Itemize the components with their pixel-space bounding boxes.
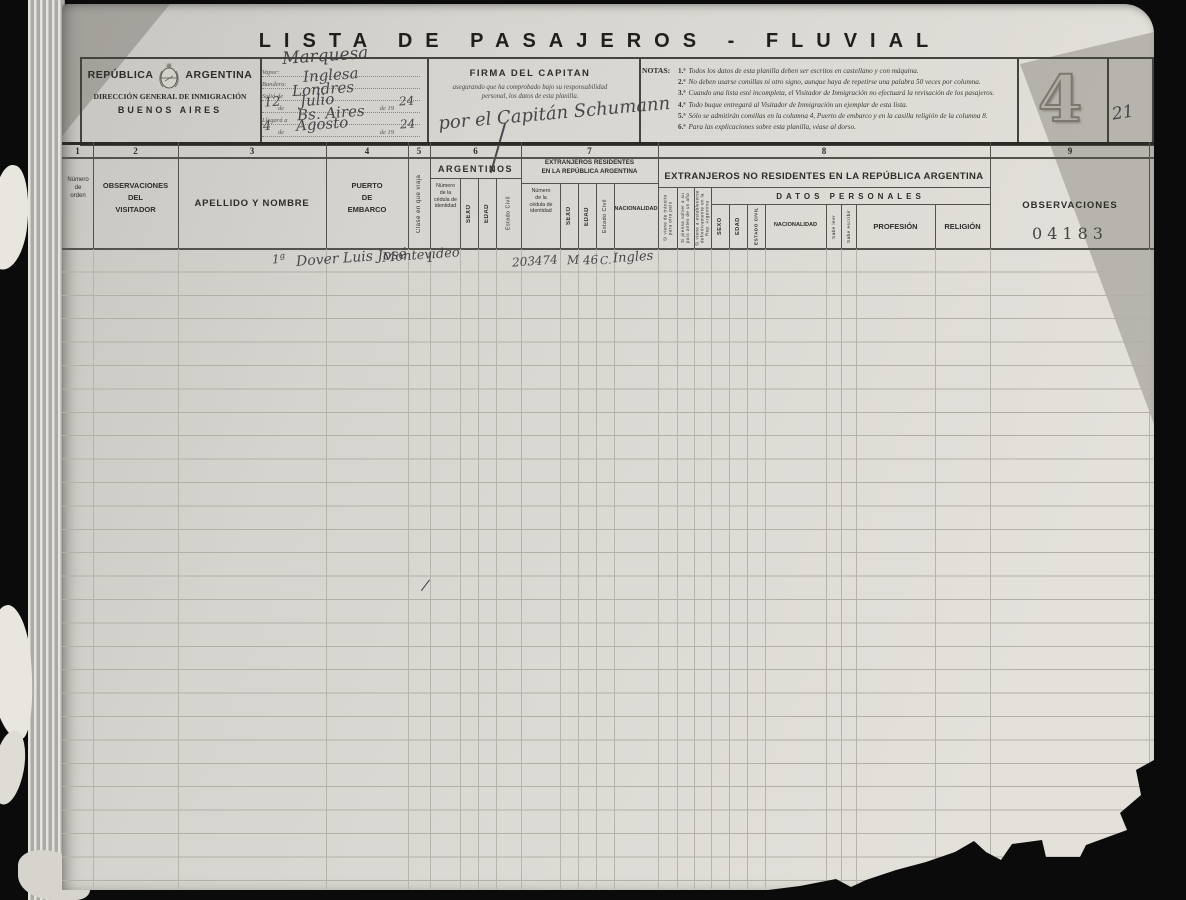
column-rule bbox=[430, 249, 431, 889]
column-rule bbox=[694, 249, 695, 889]
column-number: 1 bbox=[62, 144, 93, 157]
entry-clase: 1 bbox=[425, 251, 434, 267]
header-profesion: PROFESIÓN bbox=[856, 222, 935, 231]
column-rule bbox=[93, 142, 94, 249]
header-volver-pais: Si piensa volver a su país antes de un a… bbox=[677, 189, 693, 247]
city-label: BUENOS AIRES bbox=[84, 105, 256, 115]
handwritten-llega-mes: Agosto bbox=[295, 113, 348, 135]
header-sabe-escribir: Sabe escribir bbox=[841, 206, 856, 247]
header-cedula-residentes: Númerode lacédula deidentidad bbox=[522, 188, 560, 215]
column-rule bbox=[614, 249, 615, 889]
handwritten-llega-dia: 4 bbox=[262, 119, 271, 135]
header-divider bbox=[1107, 59, 1109, 144]
nota-item: 5.ªSólo se admitirán comillas en la colu… bbox=[678, 111, 1010, 122]
header-observaciones: OBSERVACIONES bbox=[992, 200, 1148, 211]
column-rule bbox=[93, 249, 94, 889]
header-sexo: SEXO bbox=[460, 181, 478, 246]
header-establecerse: Si viene a establecerse definitivamente … bbox=[694, 189, 710, 247]
column-rule bbox=[408, 249, 409, 889]
column-rule bbox=[478, 249, 479, 889]
column-rule bbox=[856, 249, 857, 889]
firma-statement: asegurando que ha comprobado bajo su res… bbox=[432, 84, 628, 91]
argentina-label: ARGENTINA bbox=[185, 69, 252, 81]
header-cedula-argentinos: Númerode lacédula deidentidad bbox=[431, 183, 460, 210]
column-rule bbox=[178, 142, 179, 249]
column-number: 4 bbox=[326, 144, 408, 157]
header-extranjeros-residentes: EXTRANJEROS RESIDENTESEN LA REPÚBLICA AR… bbox=[521, 159, 658, 176]
column-rule bbox=[1149, 142, 1150, 249]
entry-visitador-mark: 1ª bbox=[272, 252, 286, 267]
header-argentinos: ARGENTINOS bbox=[430, 161, 521, 177]
header-numero-orden: Númerodeorden bbox=[63, 176, 93, 200]
book-page-edges bbox=[28, 0, 65, 900]
header-apellido-nombre: APELLIDO Y NOMBRE bbox=[180, 198, 324, 209]
header-clase: Clase en que viaja bbox=[408, 162, 430, 246]
nota-item: 6.ªPara las explicaciones sobre esta pla… bbox=[678, 122, 1010, 133]
column-number: 3 bbox=[178, 144, 326, 157]
header-transito: Si viene de tránsito para otro país bbox=[659, 189, 676, 247]
column-number: 2 bbox=[93, 144, 178, 157]
header-observaciones-visitador: OBSERVACIONESDELVISITADOR bbox=[95, 180, 176, 216]
notas-label: NOTAS: bbox=[642, 66, 670, 75]
column-number: 5 bbox=[408, 144, 430, 157]
column-rule bbox=[990, 142, 991, 249]
column-number: 9 bbox=[990, 144, 1150, 157]
column-number: 7 bbox=[521, 144, 658, 157]
scanned-passenger-list: LISTA DE PASAJEROS - FLUVIAL REPÚBLICA A… bbox=[0, 0, 1186, 900]
handwritten-salio-dia: 12 bbox=[263, 94, 281, 110]
handwritten-salio-anio: 24 bbox=[399, 93, 415, 108]
argentina-coat-of-arms-icon bbox=[157, 60, 181, 90]
column-number: 6 bbox=[430, 144, 521, 157]
firma-heading: FIRMA DEL CAPITAN bbox=[430, 68, 630, 79]
header-sexo: SEXO bbox=[711, 206, 729, 247]
column-rule bbox=[460, 249, 461, 889]
header-religion: RELIGIÓN bbox=[935, 222, 990, 231]
column-rule bbox=[990, 249, 991, 889]
column-rule bbox=[496, 249, 497, 889]
notas-list: 1.ªTodos los datos de esta planilla debe… bbox=[678, 66, 1010, 133]
header-puerto-embarco: PUERTODEEMBARCO bbox=[328, 180, 406, 216]
nota-item: 3.ªCuando una lista esté incompleta, el … bbox=[678, 88, 1010, 99]
column-rule bbox=[326, 249, 327, 889]
column-rule bbox=[560, 249, 561, 889]
group-underline bbox=[711, 204, 990, 205]
column-rule bbox=[578, 249, 579, 889]
handwritten-folio: 21 bbox=[1111, 101, 1136, 124]
header-extranjeros-no-residentes: EXTRANJEROS NO RESIDENTES EN LA REPÚBLIC… bbox=[658, 168, 990, 184]
header-nacionalidad: NACIONALIDAD bbox=[765, 222, 826, 228]
header-estado-civil: ESTADO CIVIL bbox=[747, 206, 765, 247]
header-sexo: SEXO bbox=[560, 186, 578, 246]
header-edad: EDAD bbox=[578, 186, 596, 246]
column-rule bbox=[326, 142, 327, 249]
torn-page-scrap bbox=[0, 728, 30, 807]
nota-item: 1.ªTodos los datos de esta planilla debe… bbox=[678, 66, 1010, 77]
column-rule bbox=[677, 249, 678, 889]
republica-label: REPÚBLICA bbox=[88, 69, 154, 81]
column-rule bbox=[826, 249, 827, 889]
column-rule bbox=[935, 249, 936, 889]
header-estado-civil: Estado Civil bbox=[496, 181, 521, 246]
nota-item: 2.ªNo deben usarse comillas ni otro sign… bbox=[678, 77, 1010, 88]
bureau-label: DIRECCIÓN GENERAL DE INMIGRACIÓN bbox=[84, 92, 256, 101]
agency-block: REPÚBLICA ARGENTINA DIRECCIÓN GENERAL DE… bbox=[84, 60, 256, 140]
column-rule bbox=[596, 249, 597, 889]
column-rule bbox=[765, 249, 766, 889]
column-rule bbox=[841, 249, 842, 889]
handwritten-llega-anio: 24 bbox=[400, 116, 416, 131]
column-rule bbox=[521, 249, 522, 889]
header-estado-civil: Estado Civil bbox=[596, 186, 614, 246]
entry-sexo: M bbox=[567, 253, 580, 268]
column-rule bbox=[658, 249, 659, 889]
column-rule bbox=[178, 249, 179, 889]
column-rule bbox=[747, 249, 748, 889]
page-number: 4 bbox=[1015, 58, 1105, 140]
entry-nacionalidad: Ingles bbox=[613, 249, 654, 267]
header-nacionalidad: NACIONALIDAD bbox=[615, 206, 657, 212]
entry-estado-civil: C. bbox=[600, 254, 612, 268]
column-rule bbox=[729, 249, 730, 889]
column-rule bbox=[614, 183, 615, 249]
header-edad: EDAD bbox=[478, 181, 496, 246]
group-underline bbox=[521, 183, 658, 184]
nota-item: 4.ªTodo buque entregará al Visitador de … bbox=[678, 100, 1010, 111]
column-number: 8 bbox=[658, 144, 990, 157]
header-divider bbox=[427, 59, 429, 144]
header-sabe-leer: Sabe leer bbox=[826, 206, 841, 247]
stamp-number: 04183 bbox=[992, 224, 1148, 243]
header-datos-personales: DATOS PERSONALES bbox=[711, 189, 990, 203]
column-rule bbox=[711, 249, 712, 889]
group-underline bbox=[658, 187, 990, 188]
header-edad: EDAD bbox=[729, 206, 747, 247]
entry-edad: 46 bbox=[583, 252, 599, 267]
group-underline bbox=[430, 178, 521, 179]
